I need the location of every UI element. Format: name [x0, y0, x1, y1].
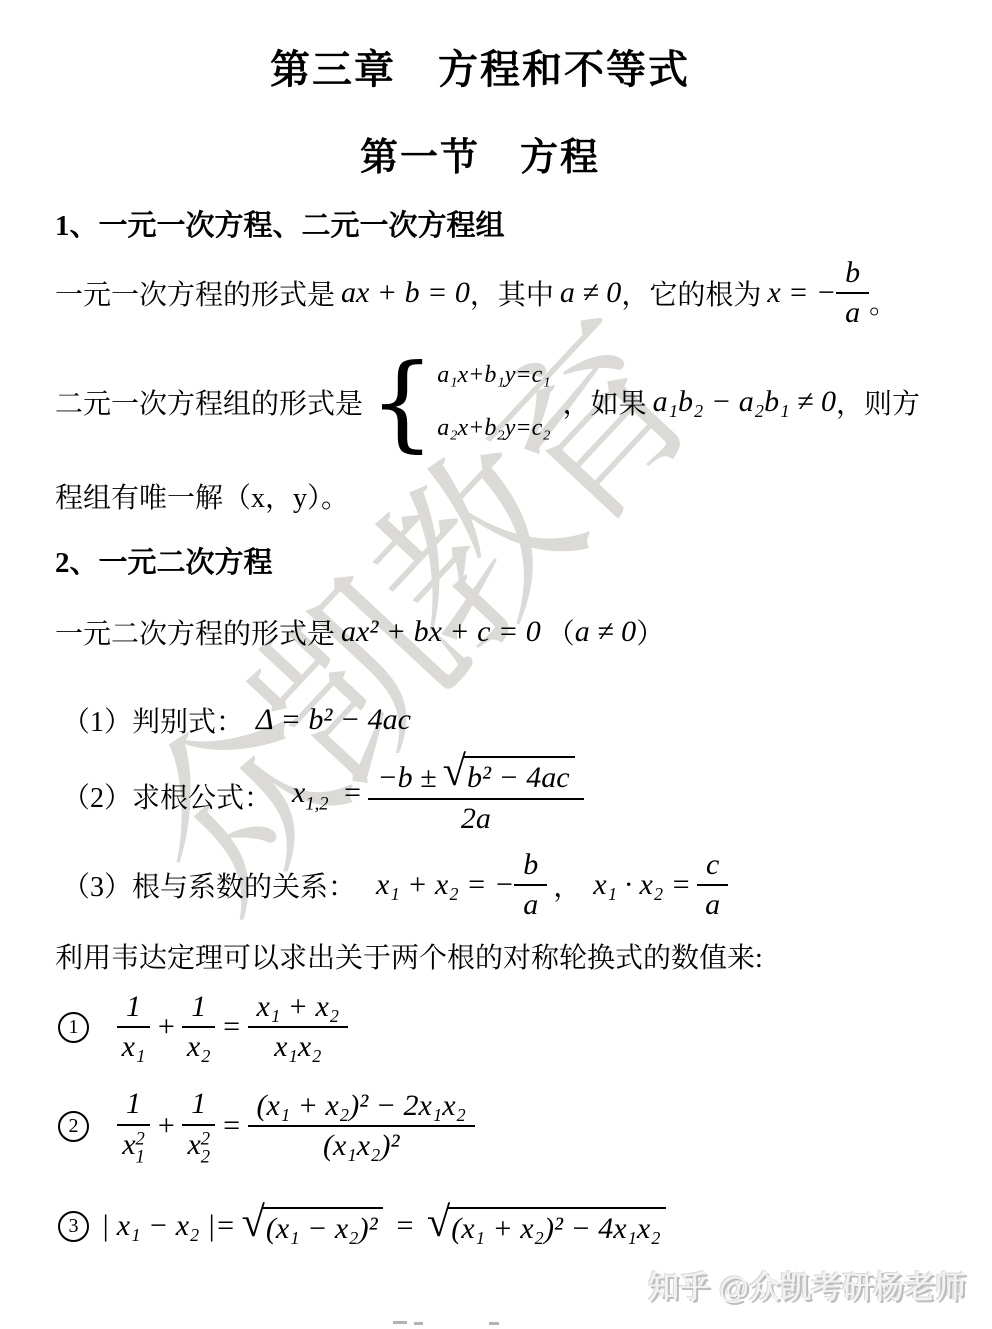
text-run: ，如果 [563, 382, 647, 422]
radicand-discriminant: b² − 4ac [464, 756, 575, 796]
fraction-sum-over-product: x₁ + x₂ x₁x₂ [248, 990, 349, 1065]
superscript: 2 [136, 1131, 145, 1149]
paragraph-unique-solution: 程组有唯一解（x，y）。 [55, 476, 349, 516]
fraction-numerator: 1 [182, 1087, 215, 1126]
fraction-denominator: a [845, 294, 860, 331]
item-root-formula: （2）求根公式： x1,2 = −b ± √ b² − 4ac 2a [62, 748, 584, 844]
variable-x: x [187, 1128, 200, 1161]
fraction-c-over-a: c a [697, 848, 728, 923]
variable-x: x [122, 1128, 135, 1161]
paragraph-vieta-usage: 利用韦达定理可以求出关于两个根的对称轮换式的数值来: [55, 936, 763, 976]
fraction-numerator: b [514, 848, 547, 887]
paragraph-equation-system: 二元一次方程组的形式是 { a₁x+b₁y=c₁ a₂x+b₂y=c₂ ，如果 … [55, 350, 920, 454]
fraction-numerator: −b ± √ b² − 4ac [368, 756, 583, 800]
document-page: 众凯教育 第三章 方程和不等式 第一节 方程 1、一元一次方程、二元一次方程组 … [0, 0, 992, 1329]
fraction-denominator: x₁x₂ [274, 1028, 322, 1065]
formula-determinant-condition: a₁b₂ − a₂b₁ ≠ 0 [653, 385, 836, 419]
item-discriminant: （1）判别式： Δ = b² − 4ac [62, 696, 411, 744]
superscript: 2 [201, 1131, 210, 1149]
left-brace: { [369, 358, 435, 446]
equation-row-2: 2 1 x21 + 1 x22 = (x₁ + x₂)² − 2x₁x₂ (x₁… [58, 1078, 475, 1174]
item-vieta-relations: （3）根与系数的关系： x₁ + x₂ = − b a ， x₁ · x₂ = … [62, 844, 728, 926]
equals-sign: = [221, 1109, 241, 1143]
abs-difference: | x₁ − x₂ |= [101, 1209, 235, 1243]
formula-root: x = − [767, 276, 836, 310]
plus-sign: + [156, 1109, 176, 1143]
radical-sum-product-form: √ (x₁ + x₂)² − 4x₁x₂ [427, 1207, 666, 1246]
subscript-12: 1,2 [305, 794, 328, 815]
cut-off-text-artifact [489, 1322, 499, 1325]
stacked-scripts: 22 [201, 1131, 210, 1166]
radical: √ b² − 4ac [443, 756, 575, 796]
fraction-expanded: (x₁ + x₂)² − 2x₁x₂ (x₁x₂)² [248, 1089, 475, 1164]
formula-a-nonzero: a ≠ 0 [560, 276, 621, 310]
equation-system: a₁x+b₁y=c₁ a₂x+b₂y=c₂ [437, 362, 550, 442]
radical-sign: √ [443, 755, 466, 788]
text-run: ，它的根为 [621, 273, 761, 313]
period: 。 [869, 282, 897, 322]
heading-1: 1、一元一次方程、二元一次方程组 [55, 203, 505, 244]
subscript: 1 [136, 1148, 145, 1166]
formula-discriminant: Δ = b² − 4ac [256, 703, 411, 737]
document-content: 第三章 方程和不等式 第一节 方程 1、一元一次方程、二元一次方程组 一元一次方… [0, 0, 992, 1329]
radicand: (x₁ + x₂)² − 4x₁x₂ [448, 1207, 665, 1246]
text-run: 一元二次方程的形式是 [55, 612, 335, 652]
cut-off-text-artifact [414, 1322, 423, 1325]
equals-sign: = [395, 1209, 415, 1243]
item-label: （3）根与系数的关系： [62, 865, 356, 905]
paragraph-quadratic-equation: 一元二次方程的形式是 ax² + bx + c = 0 （ a ≠ 0 ） [55, 606, 664, 658]
equation-row-1: 1 1 x₁ + 1 x₂ = x₁ + x₂ x₁x₂ [58, 986, 348, 1068]
text-run: 一元一次方程的形式是 [55, 273, 335, 313]
circled-3-marker: 3 [58, 1211, 89, 1242]
stacked-scripts: 21 [136, 1131, 145, 1166]
section-title: 第一节 方程 [0, 126, 960, 181]
fraction-1-over-x2: 1 x₂ [182, 990, 215, 1065]
fraction-denominator: a [523, 886, 538, 923]
fraction-numerator: (x₁ + x₂)² − 2x₁x₂ [248, 1089, 475, 1128]
formula-x12: x1,2 = [292, 776, 362, 815]
subscript: 2 [201, 1148, 210, 1166]
radicand: (x₁ − x₂)² [263, 1207, 383, 1246]
radical-sign: √ [427, 1206, 450, 1239]
fraction-1-over-x2sq: 1 x22 [182, 1087, 215, 1164]
fraction-numerator: 1 [117, 990, 150, 1029]
fraction-1-over-x1: 1 x₁ [117, 990, 150, 1065]
minus-b-plusminus: −b ± [377, 761, 436, 796]
close-paren: ） [636, 612, 664, 652]
fraction-denominator: x22 [187, 1126, 210, 1165]
fraction-b-over-a: b a [836, 256, 869, 331]
fraction-denominator: (x₁x₂)² [323, 1127, 399, 1164]
cut-off-text-artifact [393, 1321, 407, 1324]
zhihu-credit-watermark: 知乎 @众凯考研杨老师 [648, 1262, 966, 1307]
system-equation-2: a₂x+b₂y=c₂ [437, 415, 550, 442]
formula-sum-of-roots: x₁ + x₂ = − [376, 868, 514, 902]
open-paren: （ [547, 612, 575, 652]
fraction-denominator: x₁ [122, 1028, 146, 1065]
equation-row-3: 3 | x₁ − x₂ |= √ (x₁ − x₂)² = √ (x₁ + x₂… [58, 1192, 666, 1260]
system-equation-1: a₁x+b₁y=c₁ [437, 362, 550, 389]
fraction-numerator: c [697, 848, 728, 887]
fraction-denominator: a [705, 886, 720, 923]
fraction-denominator: x21 [122, 1126, 145, 1165]
fraction-b-over-a: b a [514, 848, 547, 923]
formula-product-of-roots: x₁ · x₂ = [593, 868, 691, 902]
fraction-1-over-x1sq: 1 x21 [117, 1087, 150, 1164]
heading-2: 2、一元二次方程 [55, 540, 273, 581]
radical-squared-difference: √ (x₁ − x₂)² [241, 1207, 382, 1246]
comma: ， [553, 865, 581, 905]
text-run: 二元一次方程组的形式是 [55, 382, 363, 422]
item-label: （1）判别式： [62, 700, 244, 740]
fraction-numerator: 1 [117, 1087, 150, 1126]
fraction-numerator: x₁ + x₂ [248, 990, 349, 1029]
formula-a-nonzero: a ≠ 0 [575, 615, 636, 649]
chapter-title: 第三章 方程和不等式 [0, 38, 960, 95]
fraction-denominator: 2a [461, 800, 491, 837]
circled-1-marker: 1 [58, 1012, 89, 1043]
item-label: （2）求根公式： [62, 776, 272, 816]
paragraph-linear-equation: 一元一次方程的形式是 ax + b = 0 ，其中 a ≠ 0 ，它的根为 x … [55, 250, 897, 336]
fraction-numerator: 1 [182, 990, 215, 1029]
text-run: ，则方 [836, 382, 920, 422]
plus-sign: + [156, 1010, 176, 1044]
formula-ax-plus-b: ax + b = 0 [341, 276, 470, 310]
equals-sign: = [221, 1010, 241, 1044]
fraction-root-formula: −b ± √ b² − 4ac 2a [368, 756, 583, 836]
text-run: ，其中 [470, 273, 554, 313]
circled-2-marker: 2 [58, 1111, 89, 1142]
variable-x: x [292, 776, 305, 809]
radical-sign: √ [241, 1206, 264, 1239]
fraction-denominator: x₂ [187, 1028, 211, 1065]
fraction-numerator: b [836, 256, 869, 295]
formula-quadratic: ax² + bx + c = 0 [341, 615, 541, 649]
equals-sign: = [342, 776, 362, 809]
